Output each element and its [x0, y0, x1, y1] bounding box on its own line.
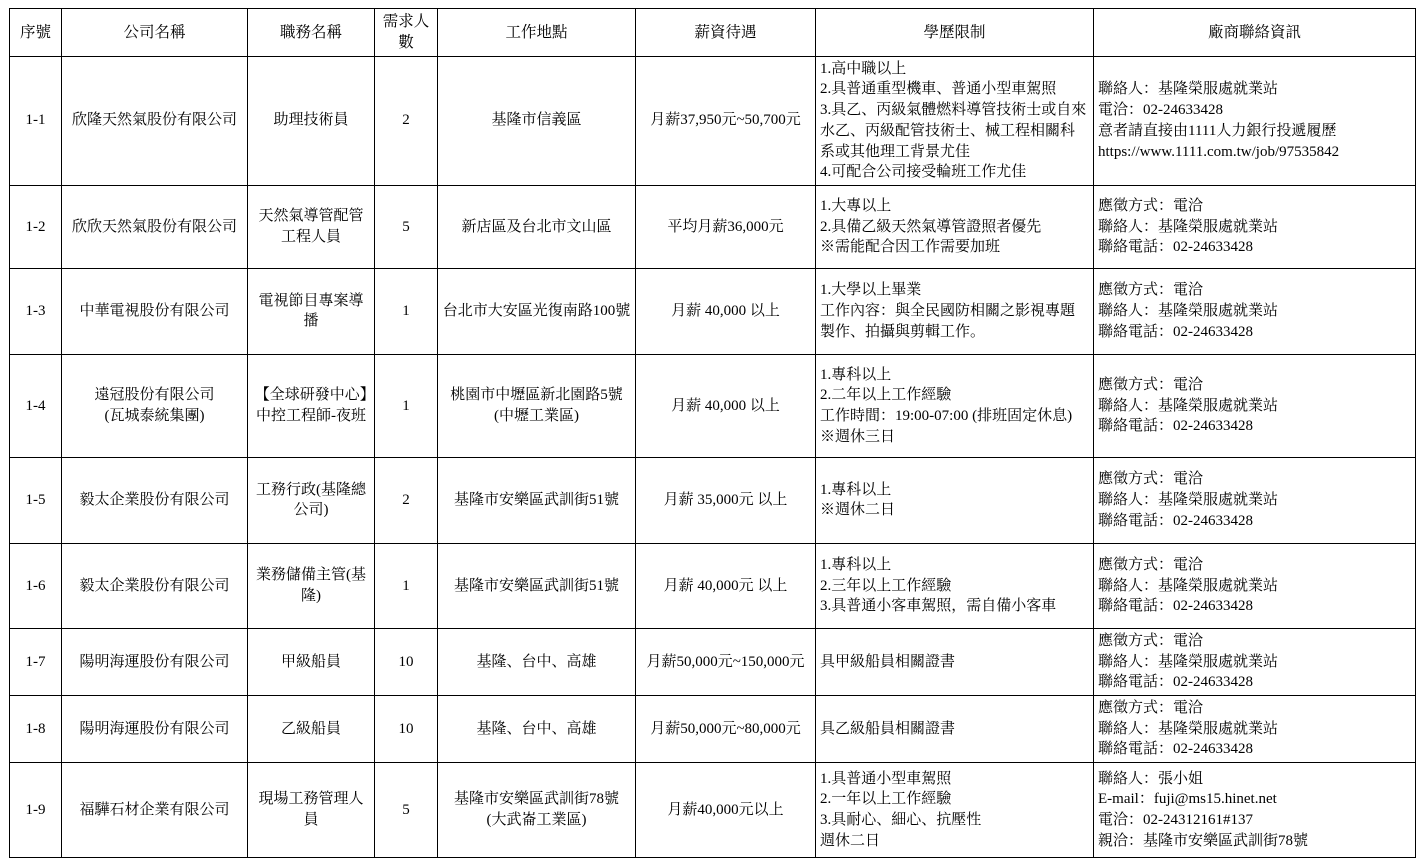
cell-education: 1.大學以上畢業 工作內容：與全民國防相關之影視專題製作、拍攝與剪輯工作。: [816, 268, 1094, 354]
job-listings-page: 序號 公司名稱 職務名稱 需求人數 工作地點 薪資待遇 學歷限制 廠商聯絡資訊 …: [0, 0, 1423, 847]
cell-contact: 聯絡人：基隆榮服處就業站 電洽：02-24633428 意者請直接由1111人力…: [1094, 56, 1416, 185]
cell-contact: 應徵方式：電洽 聯絡人：基隆榮服處就業站 聯絡電話：02-24633428: [1094, 185, 1416, 268]
cell-serial: 1-6: [10, 543, 62, 628]
cell-company: 毅太企業股份有限公司: [62, 543, 248, 628]
table-row: 1-8 陽明海運股份有限公司 乙級船員 10 基隆、台中、高雄 月薪50,000…: [10, 695, 1416, 762]
cell-education: 1.專科以上 2.二年以上工作經驗 工作時間：19:00-07:00 (排班固定…: [816, 354, 1094, 457]
cell-headcount: 10: [375, 628, 438, 695]
header-education-requirements: 學歷限制: [816, 9, 1094, 57]
table-row: 1-2 欣欣天然氣股份有限公司 天然氣導管配管工程人員 5 新店區及台北市文山區…: [10, 185, 1416, 268]
table-row: 1-5 毅太企業股份有限公司 工務行政(基隆總公司) 2 基隆市安樂區武訓街51…: [10, 457, 1416, 543]
cell-location: 基隆、台中、高雄: [438, 695, 636, 762]
cell-headcount: 5: [375, 763, 438, 858]
cell-contact: 應徵方式：電洽 聯絡人：基隆榮服處就業站 聯絡電話：02-24633428: [1094, 354, 1416, 457]
cell-location: 基隆市安樂區武訓街51號: [438, 543, 636, 628]
cell-education: 1.專科以上 2.三年以上工作經驗 3.具普通小客車駕照，需自備小客車: [816, 543, 1094, 628]
cell-company: 遠冠股份有限公司 (瓦城泰統集團): [62, 354, 248, 457]
cell-location: 桃園市中壢區新北園路5號 (中壢工業區): [438, 354, 636, 457]
header-row: 序號 公司名稱 職務名稱 需求人數 工作地點 薪資待遇 學歷限制 廠商聯絡資訊: [10, 9, 1416, 57]
cell-contact: 應徵方式：電洽 聯絡人：基隆榮服處就業站 聯絡電話：02-24633428: [1094, 628, 1416, 695]
table-row: 1-6 毅太企業股份有限公司 業務儲備主管(基隆) 1 基隆市安樂區武訓街51號…: [10, 543, 1416, 628]
cell-headcount: 5: [375, 185, 438, 268]
header-contact-info: 廠商聯絡資訊: [1094, 9, 1416, 57]
cell-job-title: 乙級船員: [248, 695, 375, 762]
cell-serial: 1-9: [10, 763, 62, 858]
cell-contact: 聯絡人：張小姐 E-mail：fuji@ms15.hinet.net 電洽：02…: [1094, 763, 1416, 858]
cell-salary: 月薪50,000元~80,000元: [636, 695, 816, 762]
cell-headcount: 2: [375, 457, 438, 543]
cell-job-title: 天然氣導管配管工程人員: [248, 185, 375, 268]
cell-serial: 1-8: [10, 695, 62, 762]
cell-education: 1.專科以上 ※週休二日: [816, 457, 1094, 543]
cell-headcount: 10: [375, 695, 438, 762]
cell-contact: 應徵方式：電洽 聯絡人：基隆榮服處就業站 聯絡電話：02-24633428: [1094, 268, 1416, 354]
cell-salary: 月薪 35,000元 以上: [636, 457, 816, 543]
table-row: 1-9 福驊石材企業有限公司 現場工務管理人員 5 基隆市安樂區武訓街78號 (…: [10, 763, 1416, 858]
cell-education: 1.具普通小型車駕照 2.一年以上工作經驗 3.具耐心、細心、抗壓性 週休二日: [816, 763, 1094, 858]
cell-job-title: 電視節目專案導播: [248, 268, 375, 354]
cell-contact: 應徵方式：電洽 聯絡人：基隆榮服處就業站 聯絡電話：02-24633428: [1094, 457, 1416, 543]
cell-company: 陽明海運股份有限公司: [62, 695, 248, 762]
cell-salary: 月薪 40,000元 以上: [636, 543, 816, 628]
cell-job-title: 現場工務管理人員: [248, 763, 375, 858]
cell-location: 基隆市信義區: [438, 56, 636, 185]
cell-job-title: 助理技術員: [248, 56, 375, 185]
cell-location: 基隆、台中、高雄: [438, 628, 636, 695]
cell-company: 毅太企業股份有限公司: [62, 457, 248, 543]
cell-salary: 月薪37,950元~50,700元: [636, 56, 816, 185]
cell-serial: 1-1: [10, 56, 62, 185]
cell-company: 陽明海運股份有限公司: [62, 628, 248, 695]
cell-serial: 1-7: [10, 628, 62, 695]
cell-location: 基隆市安樂區武訓街51號: [438, 457, 636, 543]
header-company-name: 公司名稱: [62, 9, 248, 57]
cell-education: 1.高中職以上 2.具普通重型機車、普通小型車駕照 3.具乙、丙級氣體燃料導管技…: [816, 56, 1094, 185]
cell-company: 欣欣天然氣股份有限公司: [62, 185, 248, 268]
cell-headcount: 1: [375, 268, 438, 354]
cell-location: 新店區及台北市文山區: [438, 185, 636, 268]
cell-serial: 1-3: [10, 268, 62, 354]
header-salary: 薪資待遇: [636, 9, 816, 57]
cell-headcount: 1: [375, 543, 438, 628]
cell-salary: 月薪50,000元~150,000元: [636, 628, 816, 695]
table-row: 1-3 中華電視股份有限公司 電視節目專案導播 1 台北市大安區光復南路100號…: [10, 268, 1416, 354]
cell-serial: 1-5: [10, 457, 62, 543]
cell-job-title: 工務行政(基隆總公司): [248, 457, 375, 543]
header-job-title: 職務名稱: [248, 9, 375, 57]
cell-company: 中華電視股份有限公司: [62, 268, 248, 354]
cell-salary: 平均月薪36,000元: [636, 185, 816, 268]
cell-salary: 月薪 40,000 以上: [636, 354, 816, 457]
cell-company: 欣隆天然氣股份有限公司: [62, 56, 248, 185]
cell-serial: 1-2: [10, 185, 62, 268]
cell-headcount: 1: [375, 354, 438, 457]
cell-contact: 應徵方式：電洽 聯絡人：基隆榮服處就業站 聯絡電話：02-24633428: [1094, 543, 1416, 628]
cell-company: 福驊石材企業有限公司: [62, 763, 248, 858]
header-headcount: 需求人數: [375, 9, 438, 57]
cell-salary: 月薪40,000元以上: [636, 763, 816, 858]
cell-job-title: 業務儲備主管(基隆): [248, 543, 375, 628]
header-serial: 序號: [10, 9, 62, 57]
table-row: 1-1 欣隆天然氣股份有限公司 助理技術員 2 基隆市信義區 月薪37,950元…: [10, 56, 1416, 185]
cell-location: 台北市大安區光復南路100號: [438, 268, 636, 354]
header-work-location: 工作地點: [438, 9, 636, 57]
cell-serial: 1-4: [10, 354, 62, 457]
table-row: 1-4 遠冠股份有限公司 (瓦城泰統集團) 【全球研發中心】中控工程師-夜班 1…: [10, 354, 1416, 457]
cell-location: 基隆市安樂區武訓街78號 (大武崙工業區): [438, 763, 636, 858]
job-listings-table: 序號 公司名稱 職務名稱 需求人數 工作地點 薪資待遇 學歷限制 廠商聯絡資訊 …: [9, 8, 1416, 858]
cell-contact: 應徵方式：電洽 聯絡人：基隆榮服處就業站 聯絡電話：02-24633428: [1094, 695, 1416, 762]
cell-education: 1.大專以上 2.具備乙級天然氣導管證照者優先 ※需能配合因工作需要加班: [816, 185, 1094, 268]
table-row: 1-7 陽明海運股份有限公司 甲級船員 10 基隆、台中、高雄 月薪50,000…: [10, 628, 1416, 695]
cell-job-title: 甲級船員: [248, 628, 375, 695]
cell-education: 具乙級船員相關證書: [816, 695, 1094, 762]
cell-job-title: 【全球研發中心】中控工程師-夜班: [248, 354, 375, 457]
cell-salary: 月薪 40,000 以上: [636, 268, 816, 354]
cell-education: 具甲級船員相關證書: [816, 628, 1094, 695]
cell-headcount: 2: [375, 56, 438, 185]
